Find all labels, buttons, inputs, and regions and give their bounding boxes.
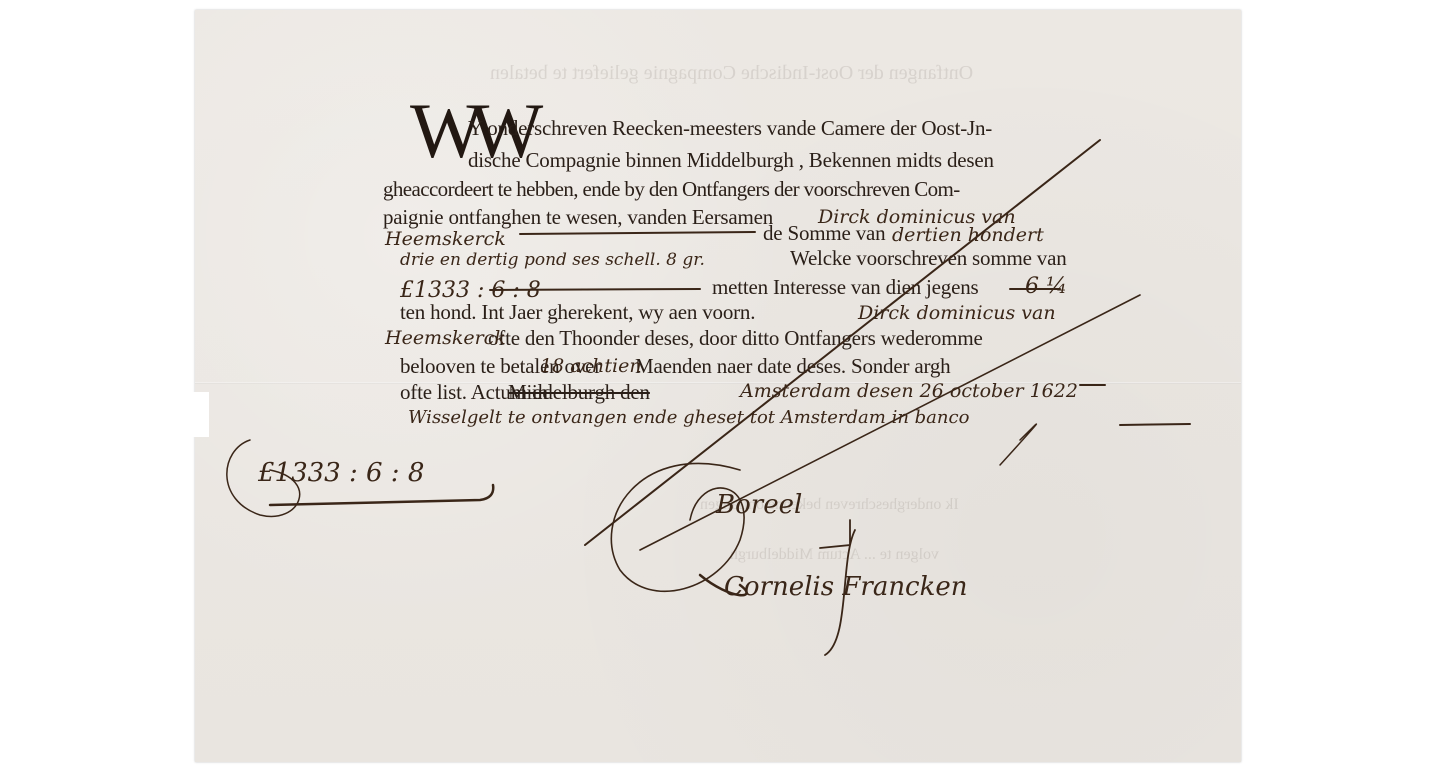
handwritten-payee-2: Heemskerck xyxy=(385,228,506,250)
printed-line-11: Maenden naer date deses. Sonder argh xyxy=(635,354,950,379)
printed-line-2: dische Compagnie binnen Middelburgh , Be… xyxy=(468,148,994,173)
handwritten-note: Wisselgelt te ontvangen ende gheset tot … xyxy=(408,407,969,428)
printed-line-13-struck: Middelburgh den xyxy=(508,380,650,405)
handwritten-sum-words-2: drie en dertig pond ses schell. 8 gr. xyxy=(400,250,705,270)
handwritten-months: 18 achtien xyxy=(540,355,642,377)
printed-line-7: metten Interesse van dien jegens xyxy=(712,275,979,300)
signature-francken: Cornelis Francken xyxy=(724,572,968,602)
printed-line-8: ten hond. Int Jaer gherekent, wy aen voo… xyxy=(400,300,755,325)
handwritten-sum-words-1: dertien hondert xyxy=(892,224,1044,246)
handwritten-interest-rate: 6 ¼ xyxy=(1025,274,1067,299)
handwritten-amount: £1333 : 6 : 8 xyxy=(400,278,541,303)
handwritten-payee-repeat-1: Dirck dominicus van xyxy=(858,302,1056,324)
handwritten-place-date: Amsterdam desen 26 october 1622 xyxy=(740,380,1078,402)
handwritten-payee-repeat-2: Heemskerck xyxy=(385,327,506,349)
bleed-through-line-3: volgen te ... Actum Middelburgh xyxy=(730,546,939,564)
paper-edge-notch xyxy=(191,392,209,437)
signature-boreel: Boreel xyxy=(716,490,802,520)
printed-line-4: paignie ontfanghen te wesen, vanden Eers… xyxy=(383,205,773,230)
bleed-through-line-1: Ontfangen der Oost-Indische Compagnie ge… xyxy=(490,62,973,85)
paper-fold-line xyxy=(195,382,1241,384)
printed-line-1: Y onderschreven Reecken-meesters vande C… xyxy=(468,116,992,141)
printed-line-6: Welcke voorschreven somme van xyxy=(790,246,1067,271)
margin-amount: £1333 : 6 : 8 xyxy=(258,458,424,488)
printed-line-3: gheaccordeert te hebben, ende by den Ont… xyxy=(383,177,960,202)
printed-line-9: ofte den Thoonder deses, door ditto Ontf… xyxy=(488,326,983,351)
